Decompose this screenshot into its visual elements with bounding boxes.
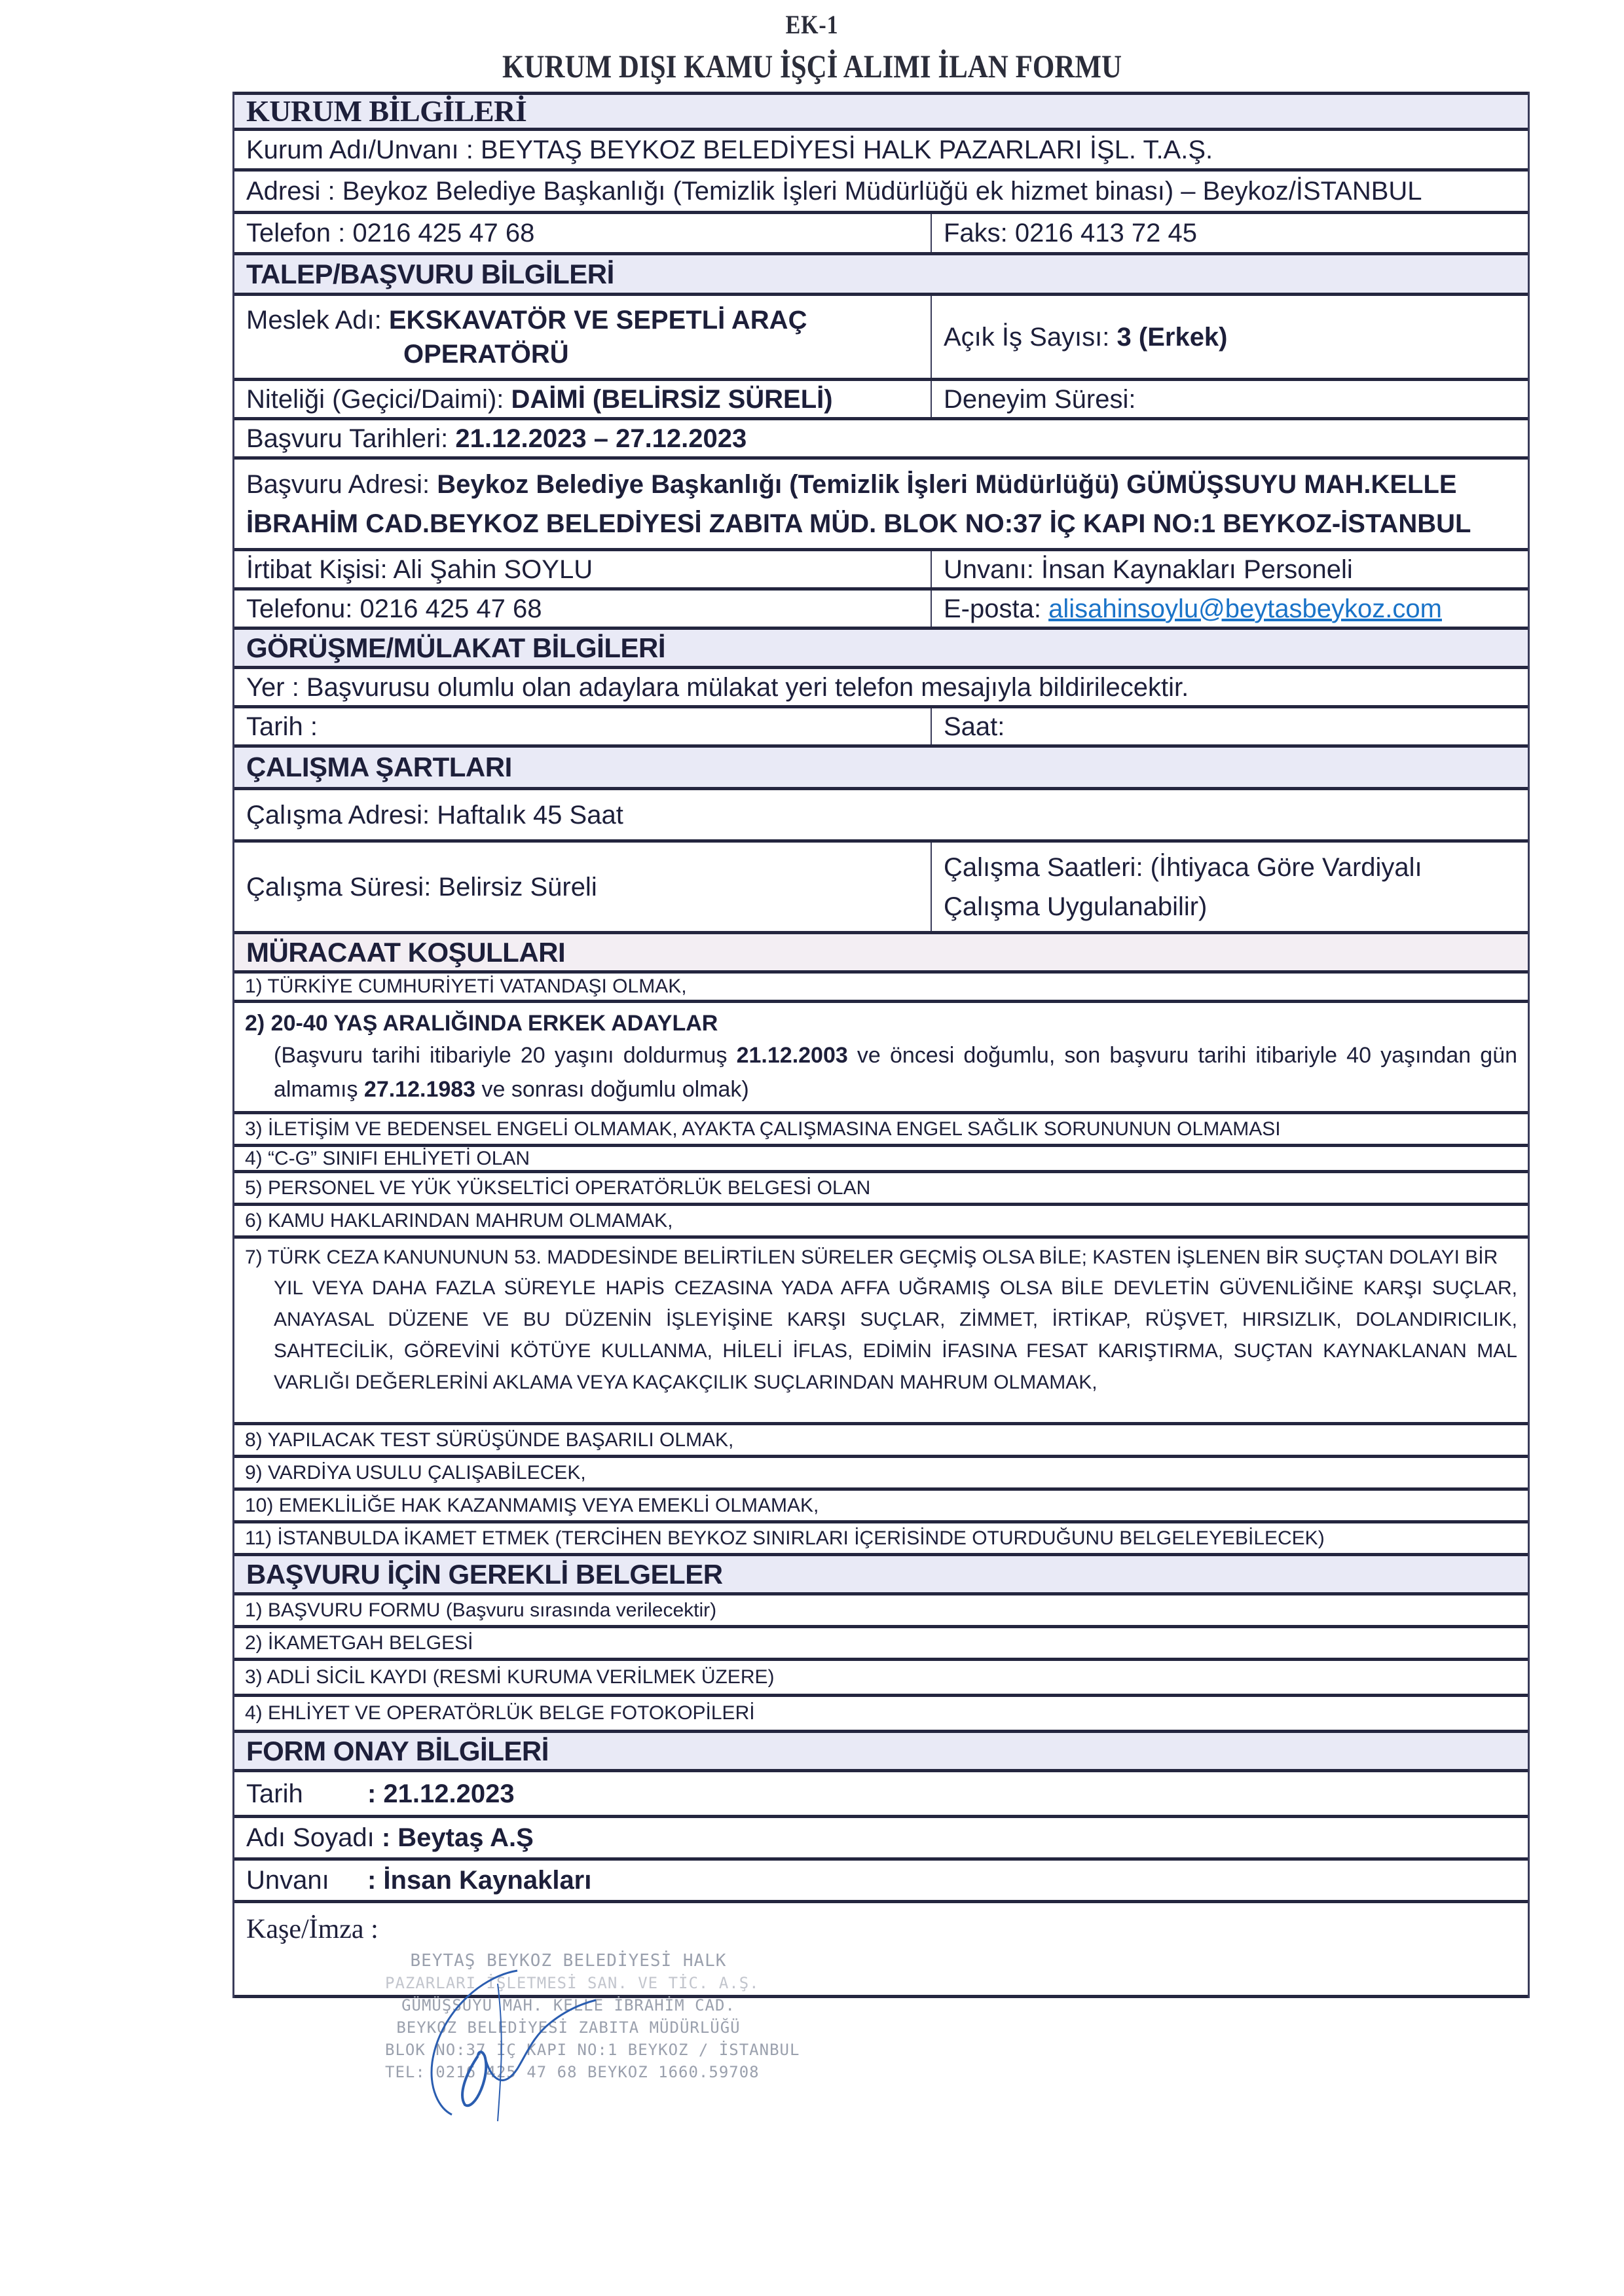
section-kurum-header: KURUM BİLGİLERİ: [234, 92, 1528, 128]
approval-name-value: : Beytaş A.Ş: [382, 1823, 534, 1852]
kurum-address-row: Adresi : Beykoz Belediye Başkanlığı (Tem…: [234, 168, 1528, 211]
section-title: BAŞVURU İÇİN GEREKLİ BELGELER: [246, 1558, 1516, 1592]
stamp-signature-label: Kaşe/İmza :: [246, 1912, 1516, 1946]
signature-icon: [419, 1958, 616, 2128]
form-title: KURUM DIŞI KAMU İŞÇİ ALIMI İLAN FORMU: [114, 47, 1511, 85]
section-title: GÖRÜŞME/MÜLAKAT BİLGİLERİ: [246, 631, 1516, 665]
work-address-row: Çalışma Adresi: Haftalık 45 Saat: [234, 787, 1528, 839]
section-onay-header: FORM ONAY BİLGİLERİ: [234, 1730, 1528, 1769]
condition-item: 6) KAMU HAKLARINDAN MAHRUM OLMAMAK,: [234, 1203, 1528, 1235]
work-duration-value: Belirsiz Süreli: [438, 873, 597, 902]
email-link[interactable]: alisahinsoylu@beytasbeykoz.com: [1048, 594, 1442, 623]
contact-row: İrtibat Kişisi: Ali Şahin SOYLU Unvanı: …: [234, 548, 1528, 587]
condition-7-continuation: YIL VEYA DAHA FAZLA SÜREYLE HAPİS CEZASI…: [245, 1273, 1517, 1398]
field-label: Başvuru Tarihleri:: [246, 424, 455, 453]
field-label: Açık İş Sayısı:: [944, 323, 1117, 352]
field-label: Kurum Adı/Unvanı :: [246, 136, 481, 164]
condition-7-first-line: 7) TÜRK CEZA KANUNUNUN 53. MADDESİNDE BE…: [245, 1243, 1517, 1273]
dates-row: Başvuru Tarihleri: 21.12.2023 – 27.12.20…: [234, 417, 1528, 456]
interview-place-value: Başvurusu olumlu olan adaylara mülakat y…: [306, 673, 1189, 702]
approval-title-value: : İnsan Kaynakları: [367, 1866, 591, 1895]
kurum-phone-value: 0216 425 47 68: [352, 219, 534, 247]
section-title: ÇALIŞMA ŞARTLARI: [246, 750, 1516, 784]
section-talep-header: TALEP/BAŞVURU BİLGİLERİ: [234, 252, 1528, 293]
field-label: Çalışma Süresi:: [246, 873, 438, 902]
field-label: Tarih: [246, 1777, 367, 1811]
field-label: Yer :: [246, 673, 306, 702]
condition-item: 5) PERSONEL VE YÜK YÜKSELTİCİ OPERATÖRLÜ…: [234, 1170, 1528, 1203]
interview-datetime-row: Tarih : Saat:: [234, 705, 1528, 744]
approval-name-row: Adı Soyadı : Beytaş A.Ş: [234, 1815, 1528, 1857]
condition-item: 3) İLETİŞİM VE BEDENSEL ENGELİ OLMAMAK, …: [234, 1111, 1528, 1144]
field-label: Çalışma Saatleri:: [944, 853, 1151, 882]
annex-label: EK-1: [122, 9, 1502, 40]
field-label: Tarih :: [246, 712, 318, 741]
occupation-row: Meslek Adı: EKSKAVATÖR VE SEPETLİ ARAÇ O…: [234, 293, 1528, 378]
field-label: Adresi :: [246, 177, 342, 206]
kurum-phone-row: Telefon : 0216 425 47 68 Faks: 0216 413 …: [234, 211, 1528, 252]
condition-item: 9) VARDİYA USULU ÇALIŞABİLECEK,: [234, 1455, 1528, 1487]
field-label: Unvanı:: [944, 555, 1041, 584]
document-item: 2) İKAMETGAH BELGESİ: [234, 1625, 1528, 1658]
section-title: FORM ONAY BİLGİLERİ: [246, 1734, 1516, 1768]
field-label: Başvuru Adresi:: [246, 470, 437, 499]
contact-phone-row: Telefonu: 0216 425 47 68 E-posta: alisah…: [234, 587, 1528, 627]
field-label: Unvanı: [246, 1863, 367, 1897]
section-muracaat-header: MÜRACAAT KOŞULLARI: [234, 931, 1528, 970]
section-calisma-header: ÇALIŞMA ŞARTLARI: [234, 744, 1528, 787]
field-label: Niteliği (Geçici/Daimi):: [246, 385, 511, 414]
application-dates-value: 21.12.2023 – 27.12.2023: [455, 424, 747, 453]
kurum-name-row: Kurum Adı/Unvanı : BEYTAŞ BEYKOZ BELEDİY…: [234, 128, 1528, 168]
condition-item: 4) “C-G” SINIFI EHLİYETİ OLAN: [234, 1144, 1528, 1170]
contact-person-value: Ali Şahin SOYLU: [394, 555, 593, 584]
field-label: E-posta:: [944, 594, 1048, 623]
field-label: Deneyim Süresi:: [944, 385, 1135, 414]
field-label: Saat:: [944, 712, 1005, 741]
approval-date-value: : 21.12.2023: [367, 1779, 515, 1808]
work-duration-row: Çalışma Süresi: Belirsiz Süreli Çalışma …: [234, 839, 1528, 931]
field-label: Telefon :: [246, 219, 352, 247]
field-label: Çalışma Adresi:: [246, 801, 437, 829]
field-label: Faks:: [944, 219, 1015, 247]
kurum-address-value: Beykoz Belediye Başkanlığı (Temizlik İşl…: [342, 177, 1422, 206]
kurum-fax-value: 0216 413 72 45: [1015, 219, 1197, 247]
condition-item: 1) TÜRKİYE CUMHURİYETİ VATANDAŞI OLMAK,: [234, 970, 1528, 1000]
section-belgeler-header: BAŞVURU İÇİN GEREKLİ BELGELER: [234, 1553, 1528, 1592]
condition-item: 7) TÜRK CEZA KANUNUNUN 53. MADDESİNDE BE…: [234, 1235, 1528, 1422]
nature-value: DAİMİ (BELİRSİZ SÜRELİ): [511, 385, 833, 414]
field-label: Meslek Adı:: [246, 306, 389, 335]
section-title: MÜRACAAT KOŞULLARI: [246, 936, 1516, 970]
approval-title-row: Unvanı: İnsan Kaynakları: [234, 1857, 1528, 1900]
nature-row: Niteliği (Geçici/Daimi): DAİMİ (BELİRSİZ…: [234, 378, 1528, 417]
contact-title-value: İnsan Kaynakları Personeli: [1041, 555, 1353, 584]
announcement-form: KURUM BİLGİLERİ Kurum Adı/Unvanı : BEYTA…: [232, 92, 1530, 1998]
field-label: Adı Soyadı: [246, 1823, 375, 1852]
document-item: 1) BAŞVURU FORMU (Başvuru sırasında veri…: [234, 1592, 1528, 1625]
openings-value: 3 (Erkek): [1117, 323, 1228, 352]
occupation-value-line2: OPERATÖRÜ: [246, 337, 919, 371]
contact-phone-value: 0216 425 47 68: [360, 594, 542, 623]
condition-item: 8) YAPILACAK TEST SÜRÜŞÜNDE BAŞARILI OLM…: [234, 1422, 1528, 1455]
occupation-value-line1: EKSKAVATÖR VE SEPETLİ ARAÇ: [389, 306, 807, 335]
condition-item: 2) 20-40 YAŞ ARALIĞINDA ERKEK ADAYLAR (B…: [234, 1000, 1528, 1111]
application-address-row: Başvuru Adresi: Beykoz Belediye Başkanlı…: [234, 456, 1528, 548]
kurum-name-value: BEYTAŞ BEYKOZ BELEDİYESİ HALK PAZARLARI …: [481, 136, 1213, 164]
condition-item: 10) EMEKLİLİĞE HAK KAZANMAMIŞ VEYA EMEKL…: [234, 1487, 1528, 1520]
section-title: KURUM BİLGİLERİ: [246, 94, 1516, 128]
document-item: 3) ADLİ SİCİL KAYDI (RESMİ KURUMA VERİLM…: [234, 1658, 1528, 1694]
section-title: TALEP/BAŞVURU BİLGİLERİ: [246, 257, 1516, 291]
condition-item: 11) İSTANBULDA İKAMET ETMEK (TERCİHEN BE…: [234, 1520, 1528, 1553]
document-item: 4) EHLİYET VE OPERATÖRLÜK BELGE FOTOKOPİ…: [234, 1694, 1528, 1730]
condition-age-title: 2) 20-40 YAŞ ARALIĞINDA ERKEK ADAYLAR: [245, 1008, 1517, 1038]
work-address-value: Haftalık 45 Saat: [437, 801, 623, 829]
interview-place-row: Yer : Başvurusu olumlu olan adaylara mül…: [234, 666, 1528, 705]
section-gorusme-header: GÖRÜŞME/MÜLAKAT BİLGİLERİ: [234, 627, 1528, 666]
field-label: Telefonu:: [246, 594, 360, 623]
condition-age-detail: (Başvuru tarihi itibariyle 20 yaşını dol…: [245, 1038, 1517, 1106]
approval-date-row: Tarih: 21.12.2023: [234, 1769, 1528, 1815]
field-label: İrtibat Kişisi:: [246, 555, 394, 584]
